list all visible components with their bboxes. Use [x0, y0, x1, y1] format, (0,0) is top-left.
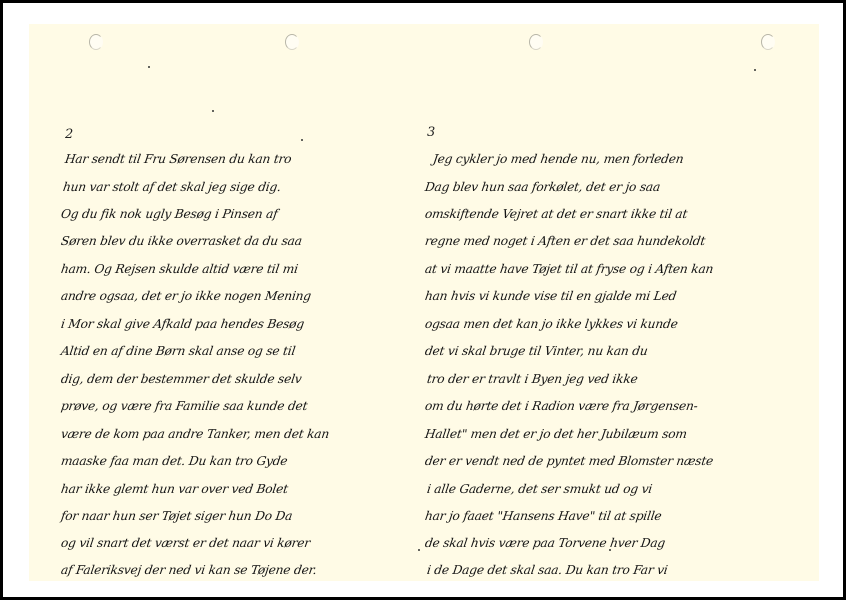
text-line: om du hørte det i Radion være fra Jørgen… — [424, 399, 699, 413]
text-line: og vil snart det værst er det naar vi kø… — [60, 536, 311, 550]
text-line: af Faleriksvej der ned vi kan se Tøjene … — [60, 563, 318, 577]
text-line: prøve, og være fra Familie saa kunde det — [60, 399, 308, 413]
punch-hole — [89, 34, 103, 50]
punch-hole — [285, 34, 299, 50]
text-line: Altid en af dine Børn skal anse og se ti… — [60, 344, 296, 358]
text-line: i de Dage det skal saa. Du kan tro Far v… — [426, 563, 669, 577]
text-line: han hvis vi kunde vise til en gjalde mi … — [424, 289, 677, 303]
text-line: ogsaa men det kan jo ikke lykkes vi kund… — [424, 317, 679, 331]
scan-frame: 2 3 Har sendt til Fru Sørensen du kan tr… — [3, 3, 843, 597]
text-line: være de kom paa andre Tanker, men det ka… — [60, 427, 330, 441]
page-number-left: 2 — [65, 127, 73, 142]
text-line: Og du fik nok ugly Besøg i Pinsen af — [60, 207, 279, 221]
text-line: Har sendt til Fru Sørensen du kan tro — [64, 152, 292, 166]
punch-hole — [761, 34, 775, 50]
text-line: hun var stolt af det skal jeg sige dig. — [62, 180, 282, 194]
text-line: ham. Og Rejsen skulde altid være til mi — [60, 262, 299, 276]
text-line: tro der er travlt i Byen jeg ved ikke — [426, 372, 639, 386]
text-line: Dag blev hun saa forkølet, det er jo saa — [424, 180, 661, 194]
text-line: der er vendt ned de pyntet med Blomster … — [424, 454, 714, 468]
text-line: har jo faaet "Hansens Have" til at spill… — [424, 509, 662, 523]
text-line: omskiftende Vejret at det er snart ikke … — [424, 207, 688, 221]
punch-hole — [529, 34, 543, 50]
text-line: har ikke glemt hun var over ved Bolet — [60, 482, 289, 496]
page-number-right: 3 — [427, 125, 435, 140]
text-line: i Mor skal give Afkald paa hendes Besøg — [60, 317, 305, 331]
text-line: regne med noget i Aften er det saa hunde… — [424, 234, 706, 248]
letter-paper: 2 3 Har sendt til Fru Sørensen du kan tr… — [29, 24, 819, 581]
text-line: de skal hvis være paa Torvene hver Dag — [424, 536, 666, 550]
text-line: maaske faa man det. Du kan tro Gyde — [60, 454, 288, 468]
text-line: Søren blev du ikke overrasket da du saa — [60, 234, 303, 248]
text-line: Hallet" men det er jo det her Jubilæum s… — [424, 427, 688, 441]
text-line: i alle Gaderne, det ser smukt ud og vi — [426, 482, 653, 496]
text-line: Jeg cykler jo med hende nu, men forleden — [432, 152, 684, 166]
text-line: for naar hun ser Tøjet siger hun Do Da — [60, 509, 293, 523]
text-line: at vi maatte have Tøjet til at fryse og … — [424, 262, 714, 276]
text-line: det vi skal bruge til Vinter, nu kan du — [424, 344, 648, 358]
text-line: dig, dem der bestemmer det skulde selv — [60, 372, 302, 386]
text-line: andre ogsaa, det er jo ikke nogen Mening — [60, 289, 312, 303]
